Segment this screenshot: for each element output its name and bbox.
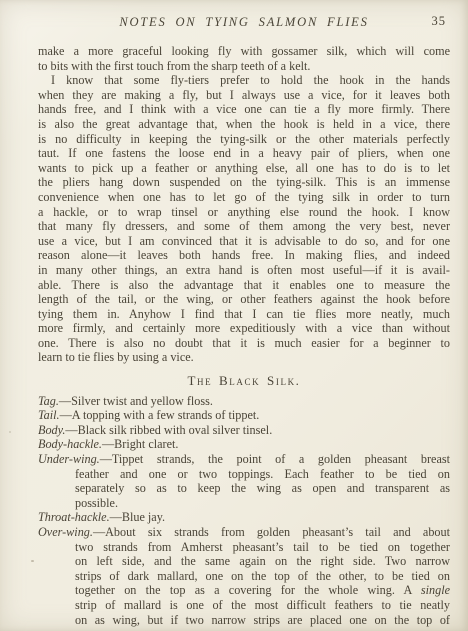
text-run: in many other things, an extra hand is o…: [38, 263, 450, 277]
text-run: possible.: [75, 496, 118, 510]
text-line: Tail.—A topping with a few strands of ti…: [38, 408, 450, 423]
text-line: to bits with the first touch from the sh…: [38, 59, 450, 74]
text-run: strip of mallard is one of the most diff…: [75, 598, 450, 612]
text-line: hands free, and I think with a vice one …: [38, 102, 450, 117]
text-line: Throat-hackle.—Blue jay.: [38, 510, 450, 525]
text-run: learn to tie flies by using a vice.: [38, 350, 194, 364]
text-line: Over-wing.—About six strands from golden…: [38, 525, 450, 540]
text-line: separately so as to keep the wing as ope…: [75, 481, 450, 496]
scan-speck-icon: [31, 560, 34, 562]
text-line: a hackle, or to wrap tinsel or anything …: [38, 205, 450, 220]
entry-label: Throat-hackle.: [38, 510, 110, 524]
entry-label: Body-hackle.: [38, 437, 102, 451]
text-run: —Black silk ribbed with oval silver tins…: [65, 423, 272, 437]
fly-entry: Throat-hackle.—Blue jay.: [38, 510, 450, 525]
text-run: make a more graceful looking fly with go…: [38, 44, 450, 58]
text-line: convenience when one has to let go of th…: [38, 190, 450, 205]
fly-entry: Tail.—A topping with a few strands of ti…: [38, 408, 450, 423]
entry-label: Body.: [38, 423, 65, 437]
text-run: when they are making a fly, but I always…: [38, 88, 450, 102]
text-line: the pliers hang down suspended on the ty…: [38, 175, 450, 190]
text-run: I know that some fly-tiers prefer to hol…: [51, 73, 450, 87]
text-run: one. There is also no doubt that it is m…: [38, 336, 450, 350]
text-run: two strands from Amherst pheasant’s tail…: [75, 540, 450, 554]
paragraph: I know that some fly-tiers prefer to hol…: [38, 73, 450, 365]
text-run: —Silver twist and yellow floss.: [59, 394, 213, 408]
text-run: is no difficulty in keeping the tying-si…: [38, 132, 450, 146]
text-run: convenience when one has to let go of th…: [38, 190, 450, 204]
text-line: in many other things, an extra hand is o…: [38, 263, 450, 278]
fly-entry: Over-wing.—About six strands from golden…: [38, 525, 450, 627]
text-run: is also the great advantage that, when t…: [38, 117, 450, 131]
text-line: together on the top as a covering for th…: [75, 583, 450, 598]
text-line: learn to tie flies by using a vice.: [38, 350, 450, 365]
text-line: Tag.—Silver twist and yellow floss.: [38, 394, 450, 409]
text-line: strip of mallard is one of the most diff…: [75, 598, 450, 613]
text-line: two strands from Amherst pheasant’s tail…: [75, 540, 450, 555]
text-run: more firmly, and certainly more expediti…: [38, 321, 450, 335]
text-run: —Blue jay.: [110, 510, 165, 524]
text-run: separately so as to keep the wing as ope…: [75, 481, 450, 495]
text-line: I know that some fly-tiers prefer to hol…: [38, 73, 450, 88]
text-run: length of the tail, or the wing, or othe…: [38, 292, 450, 306]
text-line: on as wing, but if two narrow strips are…: [75, 613, 450, 628]
text-line: strips of dark mallard, one on the top o…: [75, 569, 450, 584]
fly-entry: Body-hackle.—Bright claret.: [38, 437, 450, 452]
fly-entry: Under-wing.—Tippet strands, the point of…: [38, 452, 450, 510]
text-line: is no difficulty in keeping the tying-si…: [38, 132, 450, 147]
text-line: tying them in. Anyhow I find that I can …: [38, 307, 450, 322]
text-line: possible.: [75, 496, 450, 511]
text-run: wants to pick up a feather or anything e…: [38, 161, 450, 175]
text-line: is also the great advantage that, when t…: [38, 117, 450, 132]
fly-entry: Tag.—Silver twist and yellow floss.: [38, 394, 450, 409]
text-line: make a more graceful looking fly with go…: [38, 44, 450, 59]
text-line: use a vice, but I am convinced that it i…: [38, 234, 450, 249]
text-run: feather and one or two toppings. Each fe…: [75, 467, 450, 481]
text-line: that many fly dressers, and some of them…: [38, 219, 450, 234]
text-line: Body.—Black silk ribbed with oval silver…: [38, 423, 450, 438]
text-run: on left side, and the same again on the …: [75, 554, 450, 568]
text-run: to bits with the first touch from the sh…: [38, 59, 310, 73]
book-page: NOTES ON TYING SALMON FLIES 35 make a mo…: [0, 0, 468, 631]
scan-speck-icon: [9, 431, 11, 433]
text-run: strips of dark mallard, one on the top o…: [75, 569, 450, 583]
text-line: when they are making a fly, but I always…: [38, 88, 450, 103]
text-run: that many fly dressers, and some of them…: [38, 219, 450, 233]
text-run: a hackle, or to wrap tinsel or anything …: [38, 205, 450, 219]
paragraph: make a more graceful looking fly with go…: [38, 44, 450, 73]
fly-entry: Body.—Black silk ribbed with oval silver…: [38, 423, 450, 438]
text-line: more firmly, and certainly more expediti…: [38, 321, 450, 336]
text-run: taut. If one fastens the loose end in a …: [38, 146, 450, 160]
text-run: —About six strands from golden pheasant’…: [93, 525, 450, 539]
text-line: reason alone—it leaves both hands free. …: [38, 248, 450, 263]
text-run: —Bright claret.: [102, 437, 179, 451]
entry-label: Over-wing.: [38, 525, 93, 539]
text-run: —Tippet strands, the point of a golden p…: [100, 452, 450, 466]
text-line: wants to pick up a feather or anything e…: [38, 161, 450, 176]
italic-text: single: [421, 583, 450, 597]
text-line: able. There is also the advantage that i…: [38, 278, 450, 293]
entry-label: Tail.: [38, 408, 60, 422]
text-line: taut. If one fastens the loose end in a …: [38, 146, 450, 161]
text-line: feather and one or two toppings. Each fe…: [75, 467, 450, 482]
text-run: the pliers hang down suspended on the ty…: [38, 175, 450, 189]
text-line: Body-hackle.—Bright claret.: [38, 437, 450, 452]
text-run: hands free, and I think with a vice one …: [38, 102, 450, 116]
text-run: on as wing, but if two narrow strips are…: [75, 613, 450, 627]
running-title: NOTES ON TYING SALMON FLIES: [119, 15, 368, 29]
text-line: one. There is also no doubt that it is m…: [38, 336, 450, 351]
page-number: 35: [432, 14, 447, 29]
text-run: —A topping with a few strands of tippet.: [60, 408, 260, 422]
text-run: able. There is also the advantage that i…: [38, 278, 450, 292]
page-header: NOTES ON TYING SALMON FLIES 35: [38, 13, 450, 29]
text-run: reason alone—it leaves both hands free. …: [38, 248, 450, 262]
text-run: together on the top as a covering for th…: [75, 583, 421, 597]
entry-label: Tag.: [38, 394, 59, 408]
section-heading: The Black Silk.: [38, 374, 450, 389]
entry-label: Under-wing.: [38, 452, 100, 466]
text-run: use a vice, but I am convinced that it i…: [38, 234, 450, 248]
page-body: make a more graceful looking fly with go…: [38, 44, 450, 627]
text-line: Under-wing.—Tippet strands, the point of…: [38, 452, 450, 467]
text-run: tying them in. Anyhow I find that I can …: [38, 307, 450, 321]
text-line: length of the tail, or the wing, or othe…: [38, 292, 450, 307]
text-line: on left side, and the same again on the …: [75, 554, 450, 569]
